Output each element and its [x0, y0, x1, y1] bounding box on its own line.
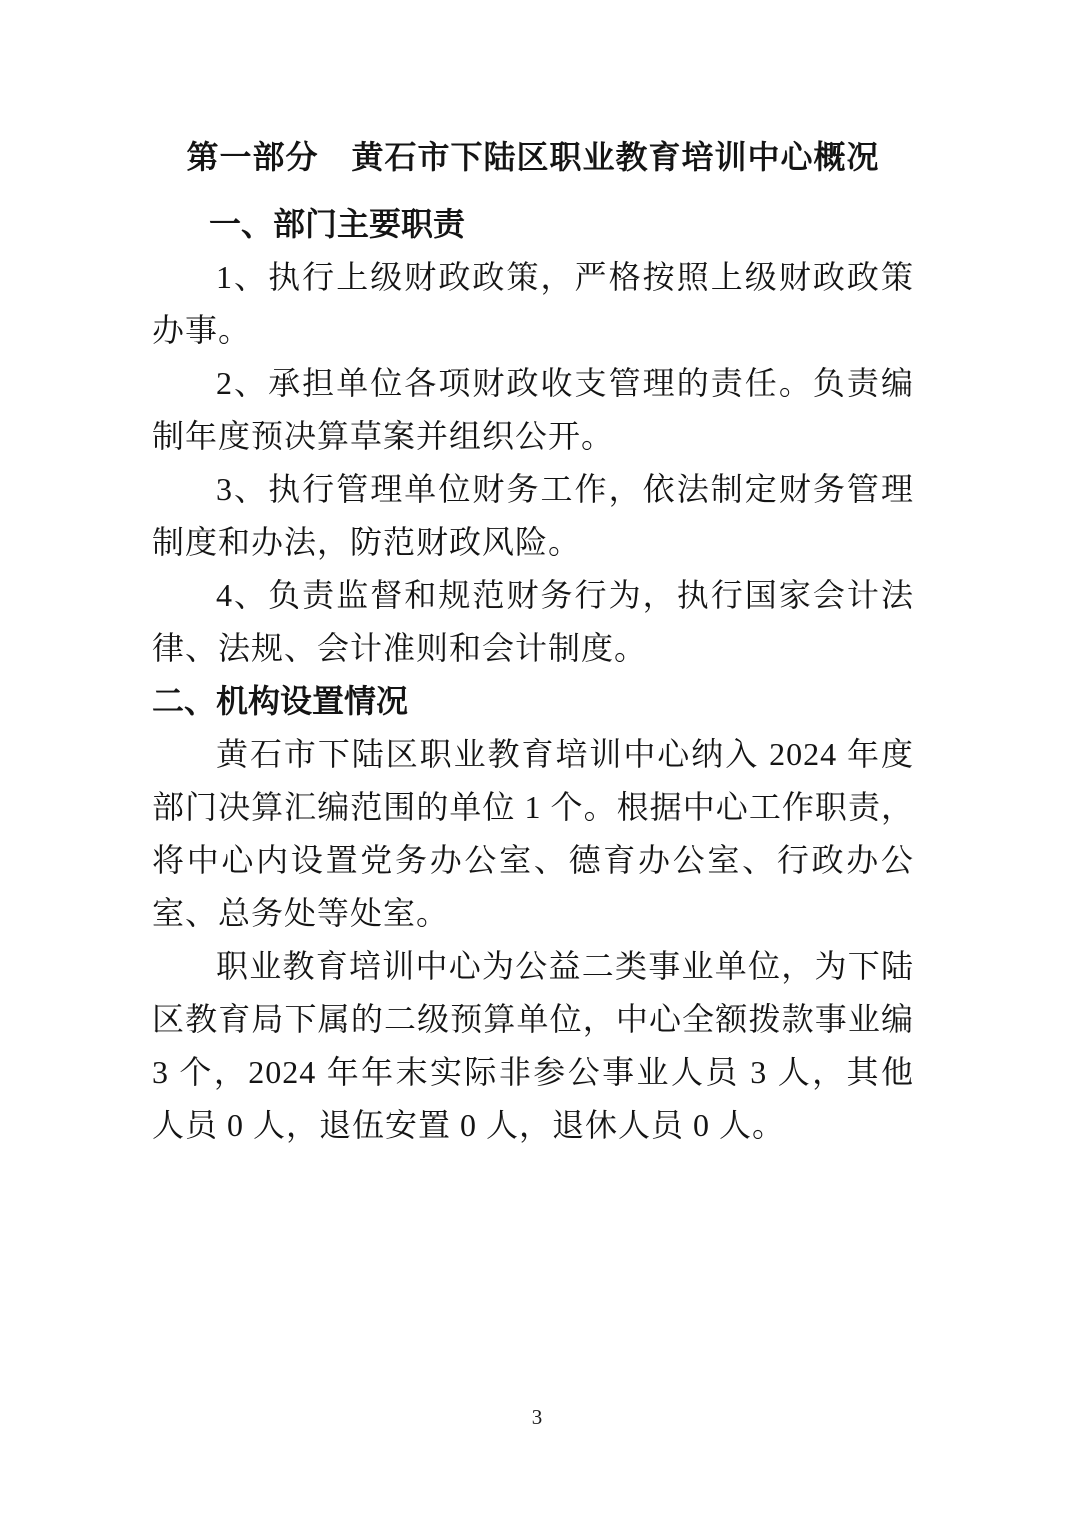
document-content: 第一部分 黄石市下陆区职业教育培训中心概况 一、部门主要职责 1、执行上级财政政… — [152, 131, 914, 1152]
section2-paragraph-2: 职业教育培训中心为公益二类事业单位，为下陆区教育局下属的二级预算单位，中心全额拨… — [152, 940, 914, 1152]
section1-heading: 一、部门主要职责 — [152, 198, 914, 251]
section2-heading: 二、机构设置情况 — [152, 675, 914, 728]
section1-item-1: 1、执行上级财政政策，严格按照上级财政政策办事。 — [152, 251, 914, 357]
section1-item-4: 4、负责监督和规范财务行为，执行国家会计法律、法规、会计准则和会计制度。 — [152, 569, 914, 675]
page-number: 3 — [0, 1403, 1074, 1431]
document-page: 第一部分 黄石市下陆区职业教育培训中心概况 一、部门主要职责 1、执行上级财政政… — [0, 0, 1074, 1520]
section1-item-3: 3、执行管理单位财务工作，依法制定财务管理制度和办法，防范财政风险。 — [152, 463, 914, 569]
document-title: 第一部分 黄石市下陆区职业教育培训中心概况 — [152, 131, 914, 184]
section1-item-2: 2、承担单位各项财政收支管理的责任。负责编制年度预决算草案并组织公开。 — [152, 357, 914, 463]
section2-paragraph-1: 黄石市下陆区职业教育培训中心纳入 2024 年度部门决算汇编范围的单位 1 个。… — [152, 728, 914, 940]
